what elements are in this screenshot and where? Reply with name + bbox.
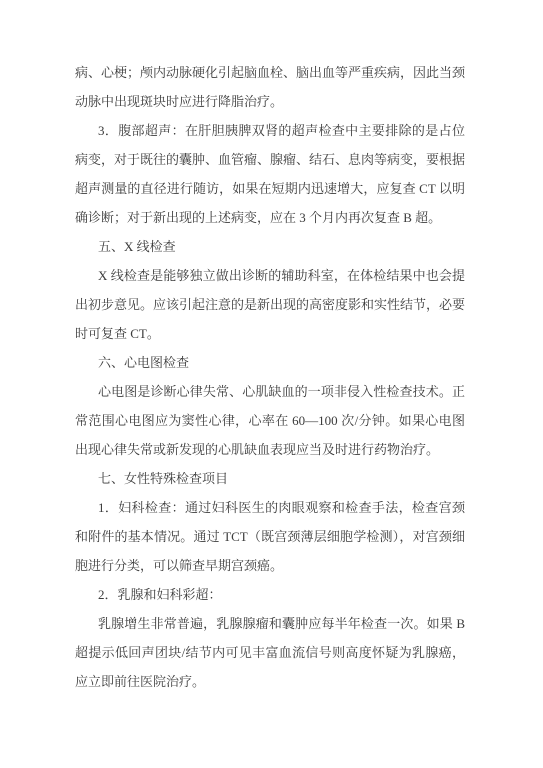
text-line: X 线检查是能够独立做出诊断的辅助科室，在体检结果中也会提 [75,261,465,290]
text-line: 病变，对于既往的囊肿、血管瘤、腺瘤、结石、息肉等病变，要根据 [75,145,465,174]
text-line: 病、心梗；颅内动脉硬化引起脑血栓、脑出血等严重疾病，因此当颈 [75,58,465,87]
text-line: 出初步意见。应该引起注意的是新出现的高密度影和实性结节，必要 [75,290,465,319]
text-line: 和附件的基本情况。通过 TCT（既宫颈薄层细胞学检测），对宫颈细 [75,522,465,551]
text-line: 乳腺增生非常普遍，乳腺腺瘤和囊肿应每半年检查一次。如果 B [75,609,465,638]
text-line: 3．腹部超声：在肝胆胰脾双肾的超声检查中主要排除的是占位 [75,116,465,145]
document-text: 病、心梗；颅内动脉硬化引起脑血栓、脑出血等严重疾病，因此当颈动脉中出现斑块时应进… [75,58,465,696]
section-heading: 七、女性特殊检查项目 [75,464,465,493]
section-heading: 五、X 线检查 [75,232,465,261]
text-line: 应立即前往医院治疗。 [75,667,465,696]
text-line: 动脉中出现斑块时应进行降脂治疗。 [75,87,465,116]
text-line: 出现心律失常或新发现的心肌缺血表现应当及时进行药物治疗。 [75,435,465,464]
text-line: 超声测量的直径进行随访，如果在短期内迅速增大，应复查 CT 以明 [75,174,465,203]
section-heading: 六、心电图检查 [75,348,465,377]
text-line: 2．乳腺和妇科彩超： [75,580,465,609]
text-line: 确诊断；对于新出现的上述病变，应在 3 个月内再次复查 B 超。 [75,203,465,232]
text-line: 1．妇科检查：通过妇科医生的肉眼观察和检查手法，检查宫颈 [75,493,465,522]
text-line: 时可复查 CT。 [75,319,465,348]
text-line: 常范围心电图应为窦性心律，心率在 60—100 次/分钟。如果心电图 [75,406,465,435]
text-line: 胞进行分类，可以筛查早期宫颈癌。 [75,551,465,580]
text-line: 心电图是诊断心律失常、心肌缺血的一项非侵入性检查技术。正 [75,377,465,406]
document-page: 病、心梗；颅内动脉硬化引起脑血栓、脑出血等严重疾病，因此当颈动脉中出现斑块时应进… [0,0,543,768]
text-line: 超提示低回声团块/结节内可见丰富血流信号则高度怀疑为乳腺癌， [75,638,465,667]
